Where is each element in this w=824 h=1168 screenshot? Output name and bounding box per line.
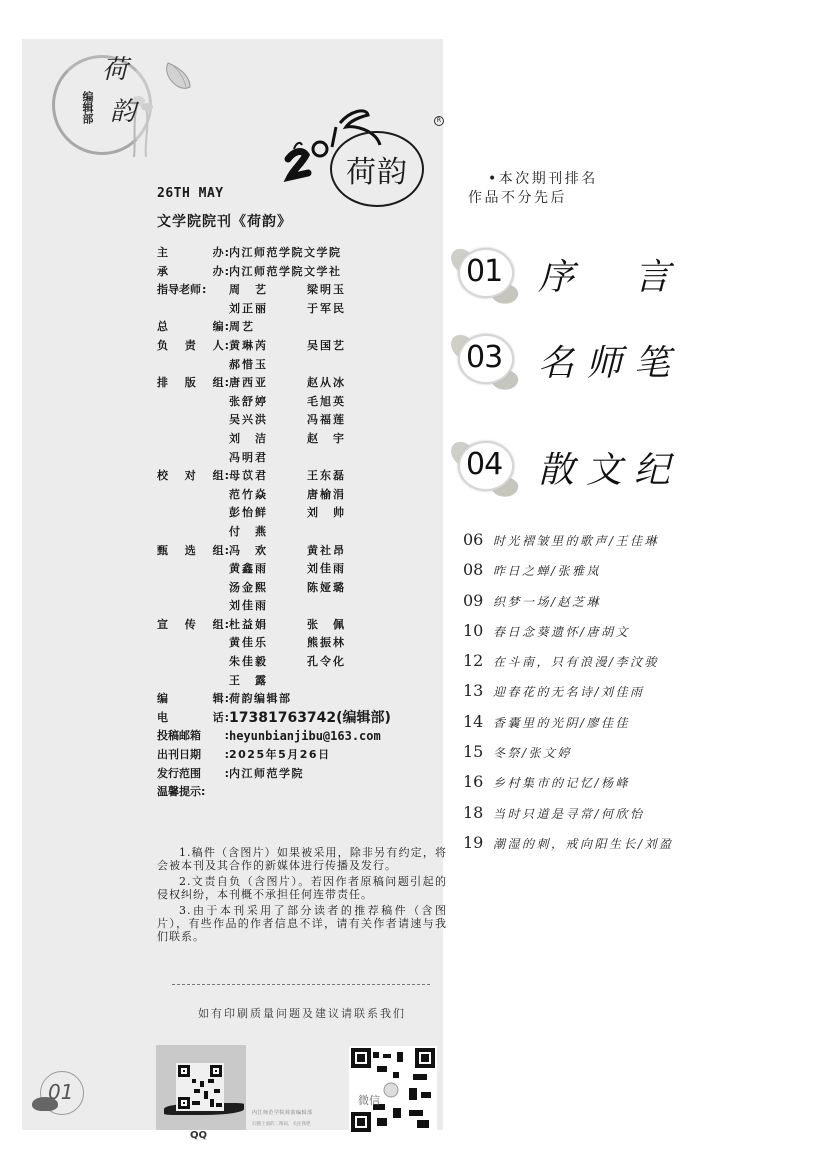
staff-values: 周 艺梁明玉 — [229, 281, 385, 300]
staff-values: 唐西亚赵从冰 — [229, 374, 385, 393]
staff-name: 于军民 — [307, 300, 385, 319]
staff-row: 甄选组:冯 欢黄社昂 — [157, 542, 447, 561]
staff-name: 唐榆涓 — [307, 486, 385, 505]
label-char: 组: — [213, 467, 229, 486]
tips-heading: 温馨提示: — [157, 783, 447, 802]
toc-list: 06时光褶皱里的歌声/王佳琳08昨日之蝉/张雅岚09织梦一场/赵芝琳10春日念葵… — [463, 530, 674, 863]
staff-label — [157, 411, 229, 430]
toc-entry[interactable]: 14香囊里的光阴/廖佳佳 — [463, 712, 674, 742]
toc-title: 春日念葵遗怀/唐胡文 — [493, 623, 630, 640]
email-value[interactable]: heyunbianjibu@163.com — [229, 727, 381, 746]
staff-name: 毛旭英 — [307, 393, 385, 412]
toc-entry[interactable]: 08昨日之蝉/张雅岚 — [463, 560, 674, 590]
toc-title: 乡村集市的记忆/杨峰 — [493, 774, 630, 791]
staff-name: 吴国艺 — [307, 337, 385, 356]
staff-label — [157, 653, 229, 672]
label-char: 主 — [157, 244, 168, 263]
staff-row: 王 露 — [157, 672, 447, 691]
staff-row: 刘 洁赵 宇 — [157, 430, 447, 449]
staff-row: 承办:内江师范学院文学社 — [157, 263, 447, 282]
staff-label: 校对组: — [157, 467, 229, 486]
staff-name: 刘佳雨 — [307, 560, 385, 579]
toc-page-number: 16 — [463, 772, 493, 791]
section-title: 散文纪 — [538, 442, 682, 493]
label-char: 组: — [213, 542, 229, 561]
issue-date-value: 2025年5月26日 — [229, 746, 331, 765]
label-text: 出刊日期 — [157, 746, 201, 765]
toc-page-number: 08 — [463, 560, 493, 579]
row-values: 2025年5月26日 — [229, 746, 331, 765]
staff-row: 宣传组:杜益娟张 佩 — [157, 616, 447, 635]
distribution-value: 内江师范学院 — [229, 765, 304, 784]
staff-values: 冯明君 — [229, 449, 307, 468]
staff-name: 黄佳乐 — [229, 634, 307, 653]
qr-pattern — [176, 1063, 224, 1111]
staff-name: 周艺 — [229, 318, 307, 337]
staff-name: 彭怡鲜 — [229, 504, 307, 523]
staff-row: 黄鑫雨刘佳雨 — [157, 560, 447, 579]
toc-page-number: 15 — [463, 742, 493, 761]
staff-label — [157, 300, 229, 319]
toc-title: 迎春花的无名诗/刘佳雨 — [493, 683, 645, 700]
section-badge: 03 — [452, 330, 520, 390]
section-title: 名师笔 — [538, 335, 682, 386]
label-char: 选 — [185, 542, 196, 561]
phone-values: 17381763742(编辑部) — [229, 709, 391, 728]
staff-name: 郝惜玉 — [229, 356, 307, 375]
toc-title: 昨日之蝉/张雅岚 — [493, 562, 601, 579]
staff-values: 张舒婷毛旭英 — [229, 393, 385, 412]
toc-title: 在斗南，只有浪漫/李汶骏 — [493, 653, 659, 670]
staff-label — [157, 449, 229, 468]
staff-name: 王 露 — [229, 672, 307, 691]
staff-values: 刘佳雨 — [229, 597, 307, 616]
staff-name: 吴兴洪 — [229, 411, 307, 430]
divider — [172, 984, 430, 985]
staff-row: 负责人:黄琳芮吴国艺 — [157, 337, 447, 356]
staff-values: 刘正丽于军民 — [229, 300, 385, 319]
staff-name: 刘 洁 — [229, 430, 307, 449]
seal-char-yun: 韵 — [110, 91, 136, 128]
ranking-note: •本次期刊排名 作品不分先后 — [468, 170, 598, 208]
row-values: 内江师范学院 — [229, 765, 304, 784]
label-char: 传 — [185, 616, 196, 635]
toc-entry[interactable]: 06时光褶皱里的歌声/王佳琳 — [463, 530, 674, 560]
staff-row: 主办:内江师范学院文学院 — [157, 244, 447, 263]
staff-row: 张舒婷毛旭英 — [157, 393, 447, 412]
label-char: 辑: — [213, 690, 229, 709]
toc-entry[interactable]: 12在斗南，只有浪漫/李汶骏 — [463, 651, 674, 681]
label-char: 办: — [213, 244, 229, 263]
staff-values: 郝惜玉 — [229, 356, 307, 375]
staff-name: 陈娅璐 — [307, 579, 385, 598]
staff-values: 付 燕 — [229, 523, 307, 542]
staff-row: 冯明君 — [157, 449, 447, 468]
toc-entry[interactable]: 18当时只道是寻常/何欣怡 — [463, 803, 674, 833]
toc-entry[interactable]: 16乡村集市的记忆/杨峰 — [463, 772, 674, 802]
staff-label — [157, 560, 229, 579]
label-text: 投稿邮箱 — [157, 727, 201, 746]
print-quality-note: 如有印刷质量问题及建议请联系我们 — [157, 1005, 447, 1021]
wechat-label: 微信 — [358, 1092, 380, 1108]
staff-name: 付 燕 — [229, 523, 307, 542]
staff-row: 刘正丽于军民 — [157, 300, 447, 319]
email-row: 投稿邮箱:heyunbianjibu@163.com — [157, 727, 447, 746]
toc-page-number: 18 — [463, 803, 493, 822]
staff-values: 刘 洁赵 宇 — [229, 430, 385, 449]
seal-small-text: 编辑部 — [80, 91, 95, 124]
staff-label — [157, 672, 229, 691]
staff-name: 母苡君 — [229, 467, 307, 486]
toc-title: 时光褶皱里的歌声/王佳琳 — [493, 532, 659, 549]
staff-row: 彭怡鲜刘 帅 — [157, 504, 447, 523]
editorial-dept-seal: 荷 韵 编辑部 — [52, 47, 162, 157]
staff-row: 指导老师:周 艺梁明玉 — [157, 281, 447, 300]
staff-row: 郝惜玉 — [157, 356, 447, 375]
section-badge: 04 — [452, 437, 520, 497]
section-title: 序 言 — [538, 249, 682, 300]
label-char: 办: — [213, 263, 229, 282]
section-number: 01 — [466, 254, 502, 290]
staff-list: 主办:内江师范学院文学院承办:内江师范学院文学社指导老师:周 艺梁明玉刘正丽于军… — [157, 244, 447, 802]
label-char: 责 — [185, 337, 196, 356]
toc-entry[interactable]: 19潮湿的刺，戒向阳生长/刘盈 — [463, 833, 674, 863]
toc-page-number: 13 — [463, 681, 493, 700]
toc-entry[interactable]: 13迎春花的无名诗/刘佳雨 — [463, 681, 674, 711]
label-colon: : — [202, 283, 206, 296]
label-char: 对 — [185, 467, 196, 486]
label-char: 负 — [157, 337, 168, 356]
staff-label: 发行范围: — [157, 765, 229, 784]
label-char: 编 — [157, 690, 168, 709]
staff-label: 排版组: — [157, 374, 229, 393]
staff-name: 周 艺 — [229, 281, 307, 300]
row-values: heyunbianjibu@163.com — [229, 727, 381, 746]
staff-label: 编辑: — [157, 690, 229, 709]
staff-name: 冯明君 — [229, 449, 307, 468]
issue-date-line: 26TH MAY — [157, 186, 224, 201]
staff-name: 荷韵编辑部 — [229, 690, 292, 709]
staff-label — [157, 504, 229, 523]
label-char: 甄 — [157, 542, 168, 561]
page-number: 01 — [48, 1080, 73, 1104]
staff-label — [157, 579, 229, 598]
note-1: 1.稿件（含图片）如果被采用，除非另有约定，将会被本刊及其合作的新媒体进行传播及… — [157, 846, 447, 872]
staff-row: 校对组:母苡君王东磊 — [157, 467, 447, 486]
toc-page-number: 12 — [463, 651, 493, 670]
notes-block: 1.稿件（含图片）如果被采用，除非另有约定，将会被本刊及其合作的新媒体进行传播及… — [157, 846, 447, 946]
staff-values: 范竹焱唐榆涓 — [229, 486, 385, 505]
staff-label: 承办: — [157, 263, 229, 282]
staff-name: 内江师范学院文学社 — [229, 263, 342, 282]
staff-values: 黄佳乐熊振林 — [229, 634, 385, 653]
staff-label: 出刊日期: — [157, 746, 229, 765]
staff-values: 朱佳毅孔令化 — [229, 653, 385, 672]
staff-name: 冯 欢 — [229, 542, 307, 561]
distribution-row: 发行范围:内江师范学院 — [157, 765, 447, 784]
label-char: 电 — [157, 709, 168, 728]
label-char: 组: — [213, 374, 229, 393]
staff-values: 荷韵编辑部 — [229, 690, 292, 709]
label-char: 编: — [213, 318, 229, 337]
label-char: 排 — [157, 374, 168, 393]
staff-name: 黄琳芮 — [229, 337, 307, 356]
toc-page-number: 09 — [463, 591, 493, 610]
staff-name: 黄社昂 — [307, 542, 385, 561]
staff-name: 刘正丽 — [229, 300, 307, 319]
registered-mark-icon: R — [434, 116, 444, 126]
staff-values: 母苡君王东磊 — [229, 467, 385, 486]
staff-values: 内江师范学院文学院 — [229, 244, 342, 263]
staff-values: 黄琳芮吴国艺 — [229, 337, 385, 356]
heyun-logo: 荷韵 — [330, 131, 424, 207]
staff-name: 赵 宇 — [307, 430, 385, 449]
ranking-note-line1: •本次期刊排名 — [468, 170, 598, 189]
label-char: 指导老师: — [157, 281, 206, 300]
label-char: 人: — [213, 337, 229, 356]
staff-values: 冯 欢黄社昂 — [229, 542, 385, 561]
phone-row: 电话:17381763742(编辑部) — [157, 709, 447, 728]
staff-label — [157, 430, 229, 449]
qq-qr-code[interactable] — [156, 1045, 246, 1130]
qq-label: QQ — [190, 1130, 207, 1141]
staff-name: 内江师范学院文学院 — [229, 244, 342, 263]
staff-name: 范竹焱 — [229, 486, 307, 505]
staff-label: 电话: — [157, 709, 229, 728]
staff-row: 黄佳乐熊振林 — [157, 634, 447, 653]
note-2: 2.文责自负（含图片）。若因作者原稿问题引起的侵权纠纷，本刊概不承担任何连带责任… — [157, 875, 447, 901]
staff-values: 内江师范学院文学社 — [229, 263, 342, 282]
label-char: 版 — [185, 374, 196, 393]
staff-label — [157, 597, 229, 616]
section-number: 04 — [466, 447, 502, 483]
staff-row: 吴兴洪冯福莲 — [157, 411, 447, 430]
toc-title: 冬祭/张文婷 — [493, 744, 572, 761]
staff-label — [157, 634, 229, 653]
staff-label: 负责人: — [157, 337, 229, 356]
toc-entry[interactable]: 09织梦一场/赵芝琳 — [463, 591, 674, 621]
staff-row: 总编:周艺 — [157, 318, 447, 337]
staff-name: 杜益娟 — [229, 616, 307, 635]
seal-char-he: 荷 — [102, 49, 128, 86]
staff-values: 周艺 — [229, 318, 307, 337]
staff-name: 刘佳雨 — [229, 597, 307, 616]
staff-name: 刘 帅 — [307, 504, 385, 523]
staff-name: 唐西亚 — [229, 374, 307, 393]
staff-row: 付 燕 — [157, 523, 447, 542]
label-char: 承 — [157, 263, 168, 282]
note-3: 3.由于本刊采用了部分读者的推荐稿件（含图片），有些作品的作者信息不详，请有关作… — [157, 904, 447, 943]
staff-values: 彭怡鲜刘 帅 — [229, 504, 385, 523]
staff-name: 汤金熙 — [229, 579, 307, 598]
label-char: 宣 — [157, 616, 168, 635]
staff-label — [157, 356, 229, 375]
staff-label: 宣传组: — [157, 616, 229, 635]
staff-name: 冯福莲 — [307, 411, 385, 430]
masthead-panel: 荷 韵 编辑部 荷韵 R 26TH MAY 文学院院刊《荷韵》 主办:内江师范学… — [22, 39, 443, 1130]
journal-title: 文学院院刊《荷韵》 — [157, 211, 292, 231]
toc-title: 织梦一场/赵芝琳 — [493, 593, 601, 610]
phone-number: 17381763742(编辑部) — [229, 709, 391, 728]
toc-title: 香囊里的光阴/廖佳佳 — [493, 714, 630, 731]
staff-name: 张舒婷 — [229, 393, 307, 412]
logo-name: 荷韵 — [346, 147, 408, 191]
toc-entry[interactable]: 10春日念葵遗怀/唐胡文 — [463, 621, 674, 651]
issue-date-row: 出刊日期:2025年5月26日 — [157, 746, 447, 765]
section-number: 03 — [466, 340, 502, 376]
label-char: 组: — [213, 616, 229, 635]
staff-label: 主办: — [157, 244, 229, 263]
staff-label — [157, 486, 229, 505]
staff-name: 王东磊 — [307, 467, 385, 486]
staff-name: 孔令化 — [307, 653, 385, 672]
label-char: 话: — [213, 709, 229, 728]
staff-row: 朱佳毅孔令化 — [157, 653, 447, 672]
label-text: 发行范围 — [157, 765, 201, 784]
page-number-badge: 01 — [32, 1069, 88, 1119]
staff-label: 投稿邮箱: — [157, 727, 229, 746]
staff-label — [157, 393, 229, 412]
qr-caption-line2: 扫描上面的二维码，关注我吧 — [252, 1121, 311, 1127]
staff-values: 黄鑫雨刘佳雨 — [229, 560, 385, 579]
toc-page-number: 19 — [463, 833, 493, 852]
staff-row: 刘佳雨 — [157, 597, 447, 616]
section-preface[interactable]: 01 序 言 — [452, 244, 682, 304]
ranking-note-line2: 作品不分先后 — [468, 189, 598, 208]
label-char: 总 — [157, 318, 168, 337]
staff-label: 指导老师: — [157, 281, 229, 300]
staff-row: 排版组:唐西亚赵从冰 — [157, 374, 447, 393]
butterfly-icon — [164, 61, 194, 97]
staff-name: 黄鑫雨 — [229, 560, 307, 579]
toc-page-number: 10 — [463, 621, 493, 640]
staff-name: 梁明玉 — [307, 281, 385, 300]
toc-title: 当时只道是寻常/何欣怡 — [493, 805, 645, 822]
staff-row: 汤金熙陈娅璐 — [157, 579, 447, 598]
toc-entry[interactable]: 15冬祭/张文婷 — [463, 742, 674, 772]
label-char: 校 — [157, 467, 168, 486]
staff-label: 总编: — [157, 318, 229, 337]
staff-values: 吴兴洪冯福莲 — [229, 411, 385, 430]
staff-row: 编辑:荷韵编辑部 — [157, 690, 447, 709]
staff-name: 赵从冰 — [307, 374, 385, 393]
staff-label — [157, 523, 229, 542]
staff-label: 甄选组: — [157, 542, 229, 561]
section-master-pen[interactable]: 03 名师笔 — [452, 330, 682, 390]
toc-page-number: 14 — [463, 712, 493, 731]
staff-values: 杜益娟张 佩 — [229, 616, 385, 635]
staff-values: 王 露 — [229, 672, 307, 691]
staff-name: 熊振林 — [307, 634, 385, 653]
staff-name: 张 佩 — [307, 616, 385, 635]
staff-name: 朱佳毅 — [229, 653, 307, 672]
section-badge: 01 — [452, 244, 520, 304]
toc-page-number: 06 — [463, 530, 493, 549]
wechat-qr-code[interactable] — [349, 1046, 437, 1134]
qr-caption-line1: 内江师范学院荷韵编辑部 — [252, 1109, 313, 1116]
staff-values: 汤金熙陈娅璐 — [229, 579, 385, 598]
section-prose[interactable]: 04 散文纪 — [452, 437, 682, 497]
staff-row: 范竹焱唐榆涓 — [157, 486, 447, 505]
toc-title: 潮湿的刺，戒向阳生长/刘盈 — [493, 835, 674, 852]
